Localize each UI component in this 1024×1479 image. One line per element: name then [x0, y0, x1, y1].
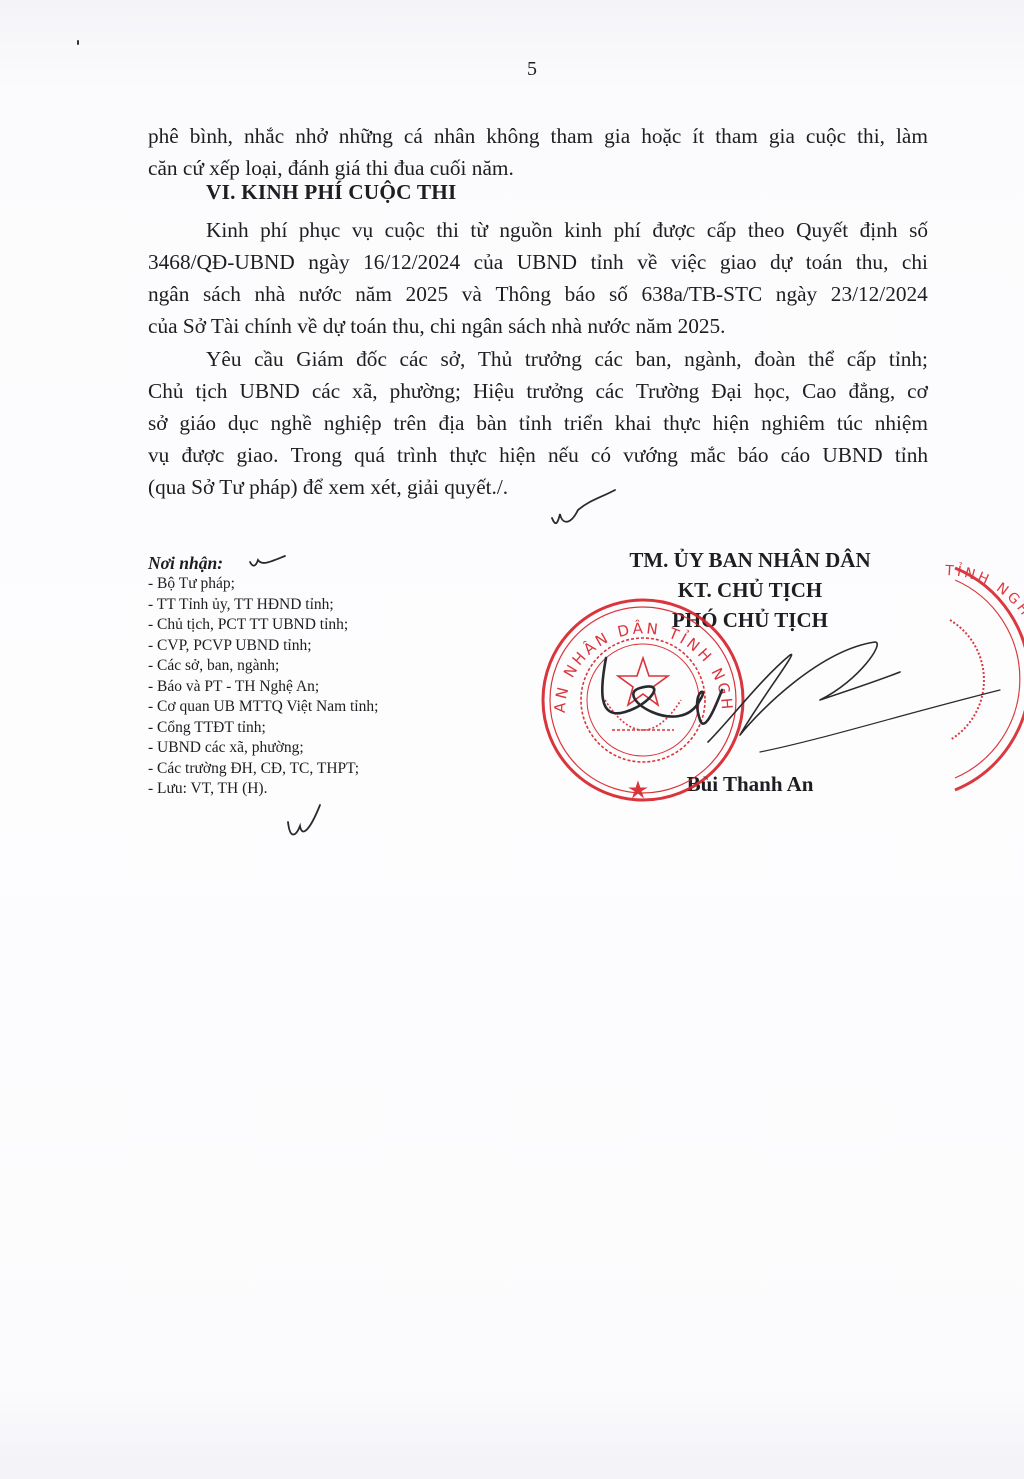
text-line: phêbình,nhắcnhởnhữngcánhânkhôngthamgiaho…	[148, 120, 928, 152]
text-line: YêucầuGiámđốccácsở,Thủtrưởngcácban,ngành…	[148, 343, 928, 375]
signature-title-line: PHÓ CHỦ TỊCH	[560, 605, 940, 635]
word: nếu	[548, 439, 579, 471]
word: các	[312, 375, 340, 407]
word: tỉnh	[895, 439, 928, 471]
recipient-item: - TT Tỉnh ủy, TT HĐND tỉnh;	[148, 595, 448, 616]
word: phê	[148, 120, 179, 152]
word: cấp	[707, 214, 737, 246]
word: nhà	[254, 278, 285, 310]
word: tỉnh	[591, 246, 624, 278]
recipient-item: - Các sở, ban, ngành;	[148, 656, 448, 677]
word: Yêu	[206, 343, 241, 375]
recipients-list: Nơi nhận: - Bộ Tư pháp; - TT Tỉnh ủy, TT…	[148, 552, 448, 800]
word: trình	[397, 439, 437, 471]
word: Giám	[296, 343, 343, 375]
text-line: 3468/QĐ-UBNDngày16/12/2024củaUBNDtỉnhvềv…	[148, 246, 928, 278]
word: nguồn	[499, 214, 552, 246]
signature-title-line: TM. ỦY BAN NHÂN DÂN	[560, 545, 940, 575]
word: của	[474, 246, 504, 278]
word: cấp	[847, 343, 877, 375]
word: thu,	[856, 246, 889, 278]
signature-title-line: KT. CHỦ TỊCH	[560, 575, 940, 605]
word: sách	[203, 278, 241, 310]
word: kinh	[564, 214, 602, 246]
word: nhở	[295, 120, 328, 152]
text-line: ChủtịchUBNDcácxã,phường;HiệutrưởngcácTrư…	[148, 375, 928, 407]
word: địa	[438, 407, 464, 439]
text-line: của Sở Tài chính về dự toán thu, chi ngâ…	[148, 310, 928, 342]
word: 16/12/2024	[363, 246, 460, 278]
word: thi	[436, 214, 458, 246]
handwritten-signature	[602, 642, 1000, 752]
word: không	[486, 120, 539, 152]
word: bình,	[190, 120, 233, 152]
word: gia	[769, 120, 795, 152]
word: các	[595, 375, 623, 407]
word: cuộc	[385, 214, 425, 246]
word: dục	[228, 407, 259, 439]
word: UBND	[517, 246, 577, 278]
word: trưởng	[526, 375, 583, 407]
word: học,	[754, 375, 790, 407]
word: khai	[615, 407, 652, 439]
word: Hiệu	[473, 375, 514, 407]
word: báo	[738, 439, 769, 471]
word: ngày	[776, 278, 817, 310]
signer-name: Bùi Thanh An	[560, 772, 940, 797]
word: mắc	[690, 439, 725, 471]
word: Thông	[495, 278, 551, 310]
text-line: vụđượcgiao.Trongquátrìnhthựchiệnnếucóvướ…	[148, 439, 928, 471]
word: Chủ	[148, 375, 184, 407]
word: 2025	[406, 278, 449, 310]
word: tỉnh	[519, 407, 552, 439]
word: Trong	[291, 439, 342, 471]
recipient-item: - Các trường ĐH, CĐ, TC, THPT;	[148, 759, 448, 780]
word: dự	[770, 246, 792, 278]
svg-text:TỈNH NGHỆ AN: TỈNH NGHỆ AN	[944, 562, 1024, 662]
word: gia	[604, 120, 630, 152]
word: trên	[394, 407, 427, 439]
word: tịch	[196, 375, 228, 407]
word: hiện	[713, 407, 750, 439]
word: cầu	[254, 343, 284, 375]
word: nhắc	[244, 120, 284, 152]
text-line: (qua Sở Tư pháp) để xem xét, giải quyết.…	[148, 471, 928, 503]
scan-speck	[77, 40, 79, 45]
word: có	[591, 439, 611, 471]
word: giao	[720, 246, 757, 278]
word: theo	[748, 214, 785, 246]
word: giáo	[179, 407, 216, 439]
word: báo	[565, 278, 596, 310]
paragraph-continuation: phêbình,nhắcnhởnhữngcánhânkhôngthamgiaho…	[148, 120, 928, 184]
word: phí	[614, 214, 641, 246]
word: nghiệp	[324, 407, 382, 439]
word: vướng	[623, 439, 678, 471]
word: phường;	[390, 375, 461, 407]
word: việc	[671, 246, 706, 278]
word: Đại	[711, 375, 742, 407]
word: quá	[354, 439, 385, 471]
recipient-item: - Báo và PT - TH Nghệ An;	[148, 677, 448, 698]
word: nghiêm	[761, 407, 825, 439]
word: thi,	[857, 120, 885, 152]
word: từ	[470, 214, 487, 246]
word: nghề	[270, 407, 311, 439]
word: Trường	[636, 375, 699, 407]
word: làm	[896, 120, 928, 152]
word: ngành,	[684, 343, 741, 375]
word: hiện	[499, 439, 536, 471]
word: chi	[902, 246, 928, 278]
recipients-title: Nơi nhận:	[148, 552, 448, 574]
word: 638a/TB-STC	[642, 278, 763, 310]
word: và	[462, 278, 482, 310]
word: phục	[299, 214, 340, 246]
word: Thủ	[478, 343, 512, 375]
page-number: 5	[0, 58, 1024, 81]
recipient-item: - Chủ tịch, PCT TT UBND tỉnh;	[148, 615, 448, 636]
word: túc	[837, 407, 863, 439]
funding-paragraph: Kinhphíphụcvụcuộcthitừnguồnkinhphíđượccấ…	[148, 214, 928, 342]
word: nhân	[434, 120, 475, 152]
word: thực	[663, 407, 701, 439]
word: số	[909, 214, 928, 246]
word: vụ	[148, 439, 169, 471]
recipient-item: - Cổng TTĐT tỉnh;	[148, 718, 448, 739]
word: Kinh	[206, 214, 249, 246]
word: trưởng	[525, 343, 582, 375]
recipient-item: - UBND các xã, phường;	[148, 738, 448, 759]
word: năm	[355, 278, 392, 310]
word: số	[609, 278, 628, 310]
word: vụ	[352, 214, 373, 246]
word: tham	[715, 120, 758, 152]
word: những	[339, 120, 393, 152]
text-line: ngânsáchnhànướcnăm2025vàThôngbáosố638a/T…	[148, 278, 928, 310]
request-paragraph: YêucầuGiámđốccácsở,Thủtrưởngcácban,ngành…	[148, 343, 928, 503]
partial-seal-icon: TỈNH NGHỆ AN	[944, 562, 1024, 790]
word: được	[652, 214, 695, 246]
word: triển	[564, 407, 603, 439]
word: nước	[299, 278, 342, 310]
word: Cao	[802, 375, 836, 407]
word: ngân	[148, 278, 189, 310]
section-heading: VI. KINH PHÍ CUỘC THI	[206, 180, 457, 205]
word: UBND	[822, 439, 882, 471]
word: hoặc	[641, 120, 681, 152]
word: toán	[806, 246, 843, 278]
word: cá	[404, 120, 423, 152]
recipient-item: - CVP, PCVP UBND tỉnh;	[148, 636, 448, 657]
recipient-item: - Lưu: VT, TH (H).	[148, 779, 448, 800]
word: cáo	[781, 439, 811, 471]
word: thể	[808, 343, 834, 375]
document-page: 5 phêbình,nhắcnhởnhữngcánhânkhôngthamgia…	[0, 0, 1024, 1479]
word: các	[595, 343, 623, 375]
signature-block: TM. ỦY BAN NHÂN DÂN KT. CHỦ TỊCH PHÓ CHỦ…	[560, 545, 940, 635]
word: sở,	[440, 343, 465, 375]
word: đoàn	[754, 343, 795, 375]
text-line: sởgiáodụcnghềnghiệptrênđịabàntỉnhtriểnkh…	[148, 407, 928, 439]
word: Quyết	[796, 214, 848, 246]
word: bàn	[476, 407, 507, 439]
word: giao.	[237, 439, 279, 471]
recipient-item: - Bộ Tư pháp;	[148, 574, 448, 595]
word: cơ	[907, 375, 928, 407]
recipient-item: - Cơ quan UB MTTQ Việt Nam tỉnh;	[148, 697, 448, 718]
word: tỉnh;	[889, 343, 928, 375]
word: ít	[692, 120, 704, 152]
word: đẳng,	[848, 375, 895, 407]
word: sở	[148, 407, 168, 439]
word: 23/12/2024	[831, 278, 928, 310]
word: đốc	[356, 343, 387, 375]
text-line: Kinhphíphụcvụcuộcthitừnguồnkinhphíđượccấ…	[148, 214, 928, 246]
word: định	[860, 214, 898, 246]
word: về	[637, 246, 657, 278]
word: các	[400, 343, 428, 375]
word: xã,	[352, 375, 377, 407]
word: 3468/QĐ-UBND	[148, 246, 295, 278]
recipients-items: - Bộ Tư pháp; - TT Tỉnh ủy, TT HĐND tỉnh…	[148, 574, 448, 800]
word: phí	[260, 214, 287, 246]
word: được	[181, 439, 224, 471]
word: UBND	[239, 375, 299, 407]
word: nhiệm	[875, 407, 928, 439]
word: ngày	[308, 246, 349, 278]
word: ban,	[636, 343, 672, 375]
word: tham	[551, 120, 594, 152]
word: thực	[449, 439, 487, 471]
word: cuộc	[806, 120, 846, 152]
